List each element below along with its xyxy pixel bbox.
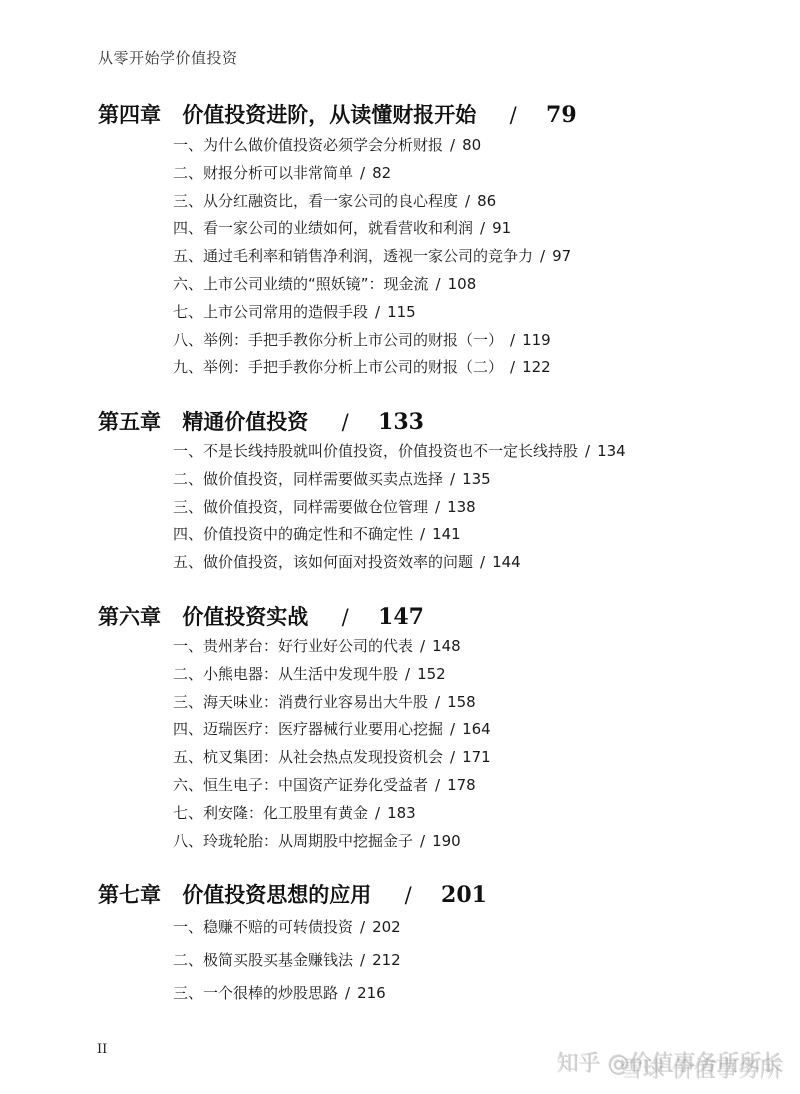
chapter-page: 133 xyxy=(378,409,424,435)
toc-entry: 七、上市公司常用的造假手段/115 xyxy=(173,299,571,327)
entry-label: 一、为什么做价值投资必须学会分析财报 xyxy=(173,136,443,154)
entry-page: 135 xyxy=(462,470,491,488)
entry-label: 三、海天味业：消费行业容易出大牛股 xyxy=(173,693,428,711)
entry-label: 二、极简买股买基金赚钱法 xyxy=(173,951,353,969)
toc-entries: 一、为什么做价值投资必须学会分析财报/80 二、财报分析可以非常简单/82 三、… xyxy=(173,132,571,382)
toc-entry: 一、贵州茅台：好行业好公司的代表/148 xyxy=(173,633,491,661)
entry-label: 一、稳赚不赔的可转债投资 xyxy=(173,918,353,936)
separator: / xyxy=(436,275,441,293)
chapter-heading: 第七章 价值投资思想的应用 / 201 xyxy=(98,882,487,908)
toc-entry: 四、价值投资中的确定性和不确定性/141 xyxy=(173,521,626,549)
toc-entry: 三、海天味业：消费行业容易出大牛股/158 xyxy=(173,689,491,717)
entry-page: 134 xyxy=(597,442,626,460)
entry-label: 七、上市公司常用的造假手段 xyxy=(173,303,368,321)
entry-page: 144 xyxy=(492,553,521,571)
entry-label: 二、小熊电器：从生活中发现牛股 xyxy=(173,665,398,683)
separator: / xyxy=(420,637,425,655)
toc-entry: 二、小熊电器：从生活中发现牛股/152 xyxy=(173,661,491,689)
watermark: 雪球 价值事务所 xyxy=(620,1052,781,1083)
chapter-title: 价值投资实战 xyxy=(182,604,308,629)
separator: / xyxy=(420,832,425,850)
chapter-title: 价值投资进阶，从读懂财报开始 xyxy=(182,102,476,127)
toc-entry: 七、利安隆：化工股里有黄金/183 xyxy=(173,800,491,828)
chapter-title: 价值投资思想的应用 xyxy=(182,882,371,907)
separator: / xyxy=(342,604,349,630)
separator: / xyxy=(375,303,380,321)
toc-entries: 一、不是长线持股就叫价值投资，价值投资也不一定长线持股/134 二、做价值投资，… xyxy=(173,438,626,577)
toc-entry: 四、迈瑞医疗：医疗器械行业要用心挖掘/164 xyxy=(173,716,491,744)
chapter-number: 第六章 xyxy=(98,604,175,630)
separator: / xyxy=(450,470,455,488)
toc-entry: 八、举例：手把手教你分析上市公司的财报（一）/119 xyxy=(173,327,571,355)
separator: / xyxy=(360,951,365,969)
entry-page: 86 xyxy=(477,192,496,210)
chapter-heading: 第四章 价值投资进阶，从读懂财报开始 / 79 xyxy=(98,102,577,128)
separator: / xyxy=(450,748,455,766)
toc-entry: 三、一个很棒的炒股思路/216 xyxy=(173,977,401,1010)
entry-page: 119 xyxy=(522,331,551,349)
entry-label: 四、价值投资中的确定性和不确定性 xyxy=(173,525,413,543)
entry-page: 122 xyxy=(522,358,551,376)
entry-label: 三、从分红融资比，看一家公司的良心程度 xyxy=(173,192,458,210)
separator: / xyxy=(540,247,545,265)
page-folio: II xyxy=(97,1042,107,1057)
entry-page: 152 xyxy=(417,665,446,683)
entry-label: 二、财报分析可以非常简单 xyxy=(173,164,353,182)
toc-entry: 五、通过毛利率和销售净利润，透视一家公司的竞争力/97 xyxy=(173,243,571,271)
entry-label: 二、做价值投资，同样需要做买卖点选择 xyxy=(173,470,443,488)
entry-page: 115 xyxy=(387,303,416,321)
toc-entries: 一、稳赚不赔的可转债投资/202 二、极简买股买基金赚钱法/212 三、一个很棒… xyxy=(173,911,401,1010)
entry-label: 八、举例：手把手教你分析上市公司的财报（一） xyxy=(173,331,503,349)
entry-page: 164 xyxy=(462,720,491,738)
entry-label: 六、恒生电子：中国资产证券化受益者 xyxy=(173,776,428,794)
chapter-title: 精通价值投资 xyxy=(182,409,308,434)
chapter-number: 第七章 xyxy=(98,882,175,908)
separator: / xyxy=(585,442,590,460)
entry-page: 171 xyxy=(462,748,491,766)
entry-label: 七、利安隆：化工股里有黄金 xyxy=(173,804,368,822)
toc-entry: 二、财报分析可以非常简单/82 xyxy=(173,160,571,188)
entry-label: 五、通过毛利率和销售净利润，透视一家公司的竞争力 xyxy=(173,247,533,265)
toc-entry: 九、举例：手把手教你分析上市公司的财报（二）/122 xyxy=(173,354,571,382)
toc-entry: 二、做价值投资，同样需要做买卖点选择/135 xyxy=(173,466,626,494)
toc-entry: 一、不是长线持股就叫价值投资，价值投资也不一定长线持股/134 xyxy=(173,438,626,466)
entry-page: 178 xyxy=(447,776,476,794)
entry-page: 158 xyxy=(447,693,476,711)
separator: / xyxy=(480,553,485,571)
toc-entry: 一、为什么做价值投资必须学会分析财报/80 xyxy=(173,132,571,160)
entry-page: 91 xyxy=(492,219,511,237)
entry-label: 五、杭叉集团：从社会热点发现投资机会 xyxy=(173,748,443,766)
entry-label: 八、玲珑轮胎：从周期股中挖掘金子 xyxy=(173,832,413,850)
entry-page: 80 xyxy=(462,136,481,154)
entry-label: 六、上市公司业绩的“照妖镜”：现金流 xyxy=(173,275,429,293)
chapter-heading: 第五章 精通价值投资 / 133 xyxy=(98,409,424,435)
chapter-page: 147 xyxy=(378,604,424,630)
separator: / xyxy=(405,882,412,908)
toc-entry: 五、杭叉集团：从社会热点发现投资机会/171 xyxy=(173,744,491,772)
entry-page: 190 xyxy=(432,832,461,850)
toc-entry: 四、看一家公司的业绩如何，就看营收和利润/91 xyxy=(173,215,571,243)
toc-entry: 三、做价值投资，同样需要做仓位管理/138 xyxy=(173,494,626,522)
chapter-page: 201 xyxy=(441,882,487,908)
separator: / xyxy=(342,409,349,435)
separator: / xyxy=(435,776,440,794)
separator: / xyxy=(510,102,517,128)
entry-page: 141 xyxy=(432,525,461,543)
separator: / xyxy=(345,984,350,1002)
toc-entry: 五、做价值投资，该如何面对投资效率的问题/144 xyxy=(173,549,626,577)
separator: / xyxy=(510,331,515,349)
separator: / xyxy=(420,525,425,543)
chapter-number: 第四章 xyxy=(98,102,175,128)
toc-entry: 六、恒生电子：中国资产证券化受益者/178 xyxy=(173,772,491,800)
toc-entry: 六、上市公司业绩的“照妖镜”：现金流/108 xyxy=(173,271,571,299)
entry-label: 五、做价值投资，该如何面对投资效率的问题 xyxy=(173,553,473,571)
separator: / xyxy=(465,192,470,210)
entry-label: 四、看一家公司的业绩如何，就看营收和利润 xyxy=(173,219,473,237)
entry-page: 202 xyxy=(372,918,401,936)
separator: / xyxy=(435,498,440,516)
separator: / xyxy=(450,720,455,738)
separator: / xyxy=(450,136,455,154)
separator: / xyxy=(480,219,485,237)
entry-page: 138 xyxy=(447,498,476,516)
chapter-heading: 第六章 价值投资实战 / 147 xyxy=(98,604,424,630)
separator: / xyxy=(510,358,515,376)
entry-page: 216 xyxy=(357,984,386,1002)
toc-entries: 一、贵州茅台：好行业好公司的代表/148 二、小熊电器：从生活中发现牛股/152… xyxy=(173,633,491,855)
separator: / xyxy=(360,918,365,936)
toc-entry: 八、玲珑轮胎：从周期股中挖掘金子/190 xyxy=(173,828,491,856)
separator: / xyxy=(405,665,410,683)
toc-entry: 一、稳赚不赔的可转债投资/202 xyxy=(173,911,401,944)
separator: / xyxy=(360,164,365,182)
entry-label: 三、做价值投资，同样需要做仓位管理 xyxy=(173,498,428,516)
separator: / xyxy=(435,693,440,711)
separator: / xyxy=(375,804,380,822)
toc-entry: 三、从分红融资比，看一家公司的良心程度/86 xyxy=(173,188,571,216)
running-head: 从零开始学价值投资 xyxy=(98,47,238,68)
entry-label: 一、贵州茅台：好行业好公司的代表 xyxy=(173,637,413,655)
entry-label: 九、举例：手把手教你分析上市公司的财报（二） xyxy=(173,358,503,376)
chapter-number: 第五章 xyxy=(98,409,175,435)
entry-page: 148 xyxy=(432,637,461,655)
entry-page: 183 xyxy=(387,804,416,822)
entry-label: 三、一个很棒的炒股思路 xyxy=(173,984,338,1002)
entry-page: 212 xyxy=(372,951,401,969)
toc-entry: 二、极简买股买基金赚钱法/212 xyxy=(173,944,401,977)
entry-label: 四、迈瑞医疗：医疗器械行业要用心挖掘 xyxy=(173,720,443,738)
entry-page: 108 xyxy=(448,275,477,293)
entry-page: 82 xyxy=(372,164,391,182)
chapter-page: 79 xyxy=(546,102,577,128)
entry-page: 97 xyxy=(552,247,571,265)
entry-label: 一、不是长线持股就叫价值投资，价值投资也不一定长线持股 xyxy=(173,442,578,460)
